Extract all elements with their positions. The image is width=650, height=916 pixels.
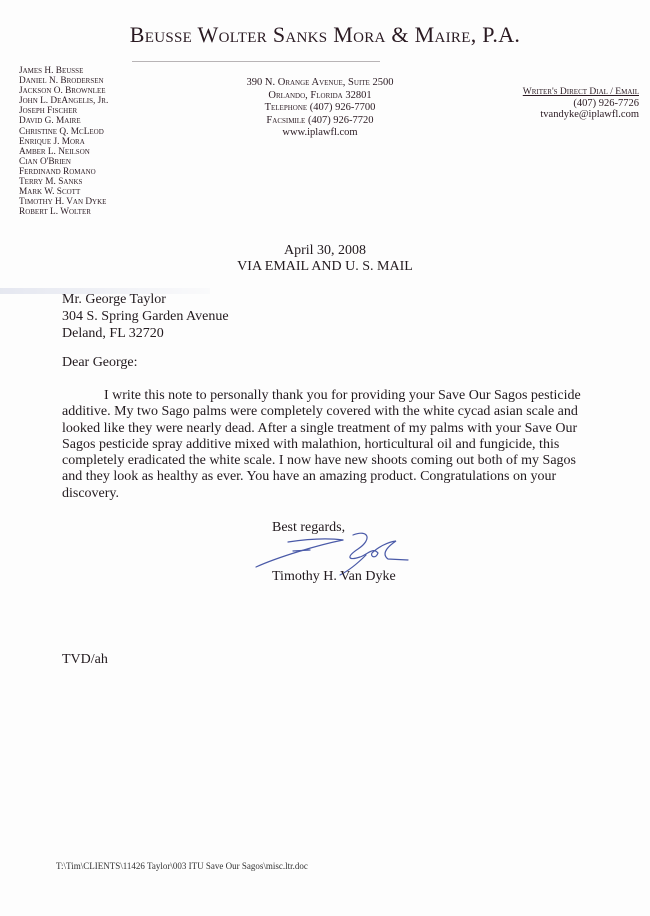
partner-name: Christine Q. McLeod (19, 127, 108, 137)
date-block: April 30, 2008 VIA EMAIL AND U. S. MAIL (0, 243, 650, 275)
body-line: discovery. (62, 486, 637, 502)
typist-initials: TVD/ah (62, 652, 108, 668)
file-path-footer: T:\Tim\CLIENTS\11426 Taylor\003 ITU Save… (56, 861, 308, 871)
direct-email: tvandyke@iplawfl.com (523, 109, 639, 120)
partner-name: Mark W. Scott (19, 187, 108, 197)
partner-name: Enrique J. Mora (19, 137, 108, 147)
body-line: I write this note to personally thank yo… (62, 388, 637, 404)
partner-name: Amber L. Neilson (19, 147, 108, 157)
body-line: looked like they were nearly dead. After… (62, 421, 637, 437)
partner-name: David G. Maire (19, 116, 108, 126)
partner-name: Jackson O. Brownlee (19, 86, 108, 96)
partner-name: Ferdinand Romano (19, 167, 108, 177)
body-line: Sagos pesticide spray additive mixed wit… (62, 437, 637, 453)
writer-direct-contact: Writer's Direct Dial / Email (407) 926-7… (523, 87, 639, 120)
partner-name: Timothy H. Van Dyke (19, 197, 108, 207)
address-telephone: Telephone (407) 926-7700 (230, 102, 410, 115)
delivery-method: VIA EMAIL AND U. S. MAIL (0, 259, 650, 275)
address-website: www.iplawfl.com (230, 127, 410, 140)
direct-label: Writer's Direct Dial / Email (523, 87, 639, 98)
recipient-city: Deland, FL 32720 (62, 325, 229, 342)
recipient-street: 304 S. Spring Garden Avenue (62, 308, 229, 325)
partner-name: James H. Beusse (19, 66, 108, 76)
firm-address: 390 N. Orange Avenue, Suite 2500 Orlando… (230, 77, 410, 140)
partner-name: Robert L. Wolter (19, 207, 108, 217)
salutation: Dear George: (62, 355, 138, 371)
address-city: Orlando, Florida 32801 (230, 90, 410, 103)
partner-name: Daniel N. Brodersen (19, 76, 108, 86)
partner-name: Terry M. Sanks (19, 177, 108, 187)
address-street: 390 N. Orange Avenue, Suite 2500 (230, 77, 410, 90)
recipient-block: Mr. George Taylor 304 S. Spring Garden A… (62, 291, 229, 342)
partner-name: Cian O'Brien (19, 157, 108, 167)
partner-name: John L. DeAngelis, Jr. (19, 96, 108, 106)
partner-name: Joseph Fischer (19, 106, 108, 116)
firm-name: Beusse Wolter Sanks Mora & Maire, P.A. (0, 22, 650, 48)
partners-list: James H. Beusse Daniel N. Brodersen Jack… (19, 66, 108, 217)
letter-date: April 30, 2008 (0, 243, 650, 259)
letter-body: I write this note to personally thank yo… (62, 388, 637, 502)
body-line: and they look as healthy as ever. You ha… (62, 469, 637, 485)
header-rule (132, 61, 380, 62)
recipient-name: Mr. George Taylor (62, 291, 229, 308)
address-facsimile: Facsimile (407) 926-7720 (230, 115, 410, 128)
body-line: completely eradicated the white scale. I… (62, 453, 637, 469)
direct-phone: (407) 926-7726 (523, 98, 639, 109)
signer-name: Timothy H. Van Dyke (272, 569, 396, 585)
body-line: additive. My two Sago palms were complet… (62, 404, 637, 420)
